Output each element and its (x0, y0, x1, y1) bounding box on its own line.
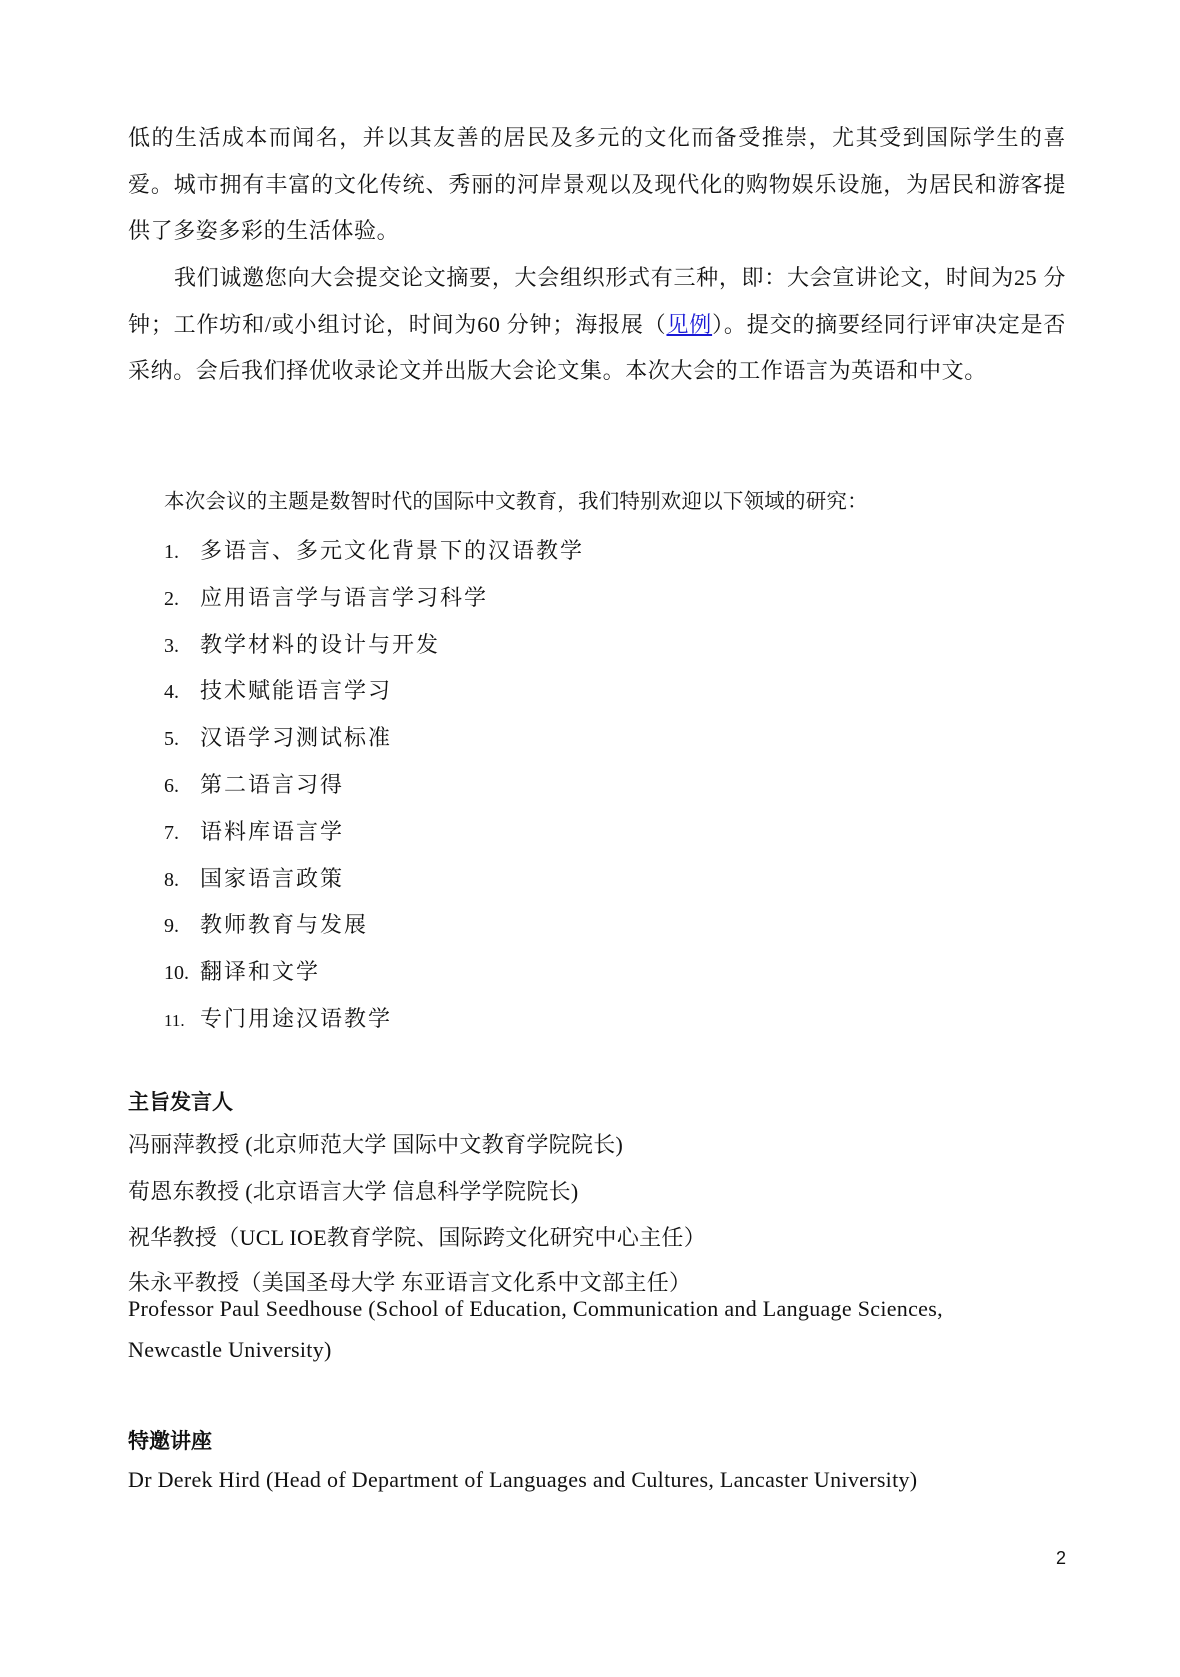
topic-item: 9.教师教育与发展 (164, 902, 584, 949)
topic-number: 6. (164, 763, 200, 810)
topic-item: 8.国家语言政策 (164, 856, 584, 903)
topic-number: 10. (164, 950, 200, 997)
topic-text: 汉语学习测试标准 (200, 725, 392, 750)
topic-text: 教学材料的设计与开发 (200, 632, 440, 657)
keynote-speaker: Professor Paul Seedhouse (School of Educ… (128, 1296, 943, 1322)
topic-text: 技术赋能语言学习 (200, 678, 392, 703)
topic-number: 3. (164, 623, 200, 670)
document-page: 低的生活成本而闻名，并以其友善的居民及多元的文化而备受推崇，尤其受到国际学生的喜… (0, 0, 1180, 1677)
keynote-speaker: 朱永平教授（美国圣母大学 东亚语言文化系中文部主任） (128, 1266, 691, 1297)
topic-number: 8. (164, 857, 200, 904)
topic-number: 5. (164, 716, 200, 763)
topic-text: 语料库语言学 (200, 819, 344, 844)
keynote-speaker-continued: Newcastle University) (128, 1337, 332, 1363)
topic-item: 2.应用语言学与语言学习科学 (164, 575, 584, 622)
example-link[interactable]: 见例 (666, 312, 712, 337)
topic-text: 专门用途汉语教学 (200, 1006, 392, 1031)
topic-item: 6.第二语言习得 (164, 762, 584, 809)
topic-number: 11. (164, 998, 200, 1045)
topic-item: 10.翻译和文学 (164, 949, 584, 996)
topic-text: 应用语言学与语言学习科学 (200, 585, 488, 610)
topic-item: 1.多语言、多元文化背景下的汉语教学 (164, 528, 584, 575)
topic-text: 教师教育与发展 (200, 912, 368, 937)
topic-item: 5.汉语学习测试标准 (164, 715, 584, 762)
invited-speaker: Dr Derek Hird (Head of Department of Lan… (128, 1467, 917, 1493)
topics-list: 1.多语言、多元文化背景下的汉语教学 2.应用语言学与语言学习科学 3.教学材料… (164, 528, 584, 1043)
topic-number: 1. (164, 529, 200, 576)
keynote-speaker: 荀恩东教授 (北京语言大学 信息科学学院院长) (128, 1175, 579, 1206)
topic-item: 11.专门用途汉语教学 (164, 996, 584, 1043)
topic-item: 4.技术赋能语言学习 (164, 668, 584, 715)
intro-paragraph-2: 我们诚邀您向大会提交论文摘要，大会组织形式有三种，即：大会宣讲论文，时间为25 … (128, 255, 1066, 395)
keynote-section-title: 主旨发言人 (128, 1086, 233, 1116)
invited-lecture-section-title: 特邀讲座 (128, 1425, 212, 1455)
keynote-speaker: 冯丽萍教授 (北京师范大学 国际中文教育学院院长) (128, 1128, 623, 1159)
topic-number: 4. (164, 669, 200, 716)
intro-paragraph-1: 低的生活成本而闻名，并以其友善的居民及多元的文化而备受推崇，尤其受到国际学生的喜… (128, 115, 1066, 255)
topic-number: 2. (164, 576, 200, 623)
keynote-speaker: 祝华教授（UCL IOE教育学院、国际跨文化研究中心主任） (128, 1221, 706, 1252)
topic-text: 第二语言习得 (200, 772, 344, 797)
topic-number: 7. (164, 810, 200, 857)
topic-number: 9. (164, 903, 200, 950)
topics-heading: 本次会议的主题是数智时代的国际中文教育，我们特别欢迎以下领域的研究： (164, 484, 868, 514)
topic-text: 国家语言政策 (200, 866, 344, 891)
page-number: 2 (1056, 1548, 1066, 1569)
topic-item: 7.语料库语言学 (164, 809, 584, 856)
topic-text: 多语言、多元文化背景下的汉语教学 (200, 538, 584, 563)
topic-item: 3.教学材料的设计与开发 (164, 622, 584, 669)
topic-text: 翻译和文学 (200, 959, 320, 984)
